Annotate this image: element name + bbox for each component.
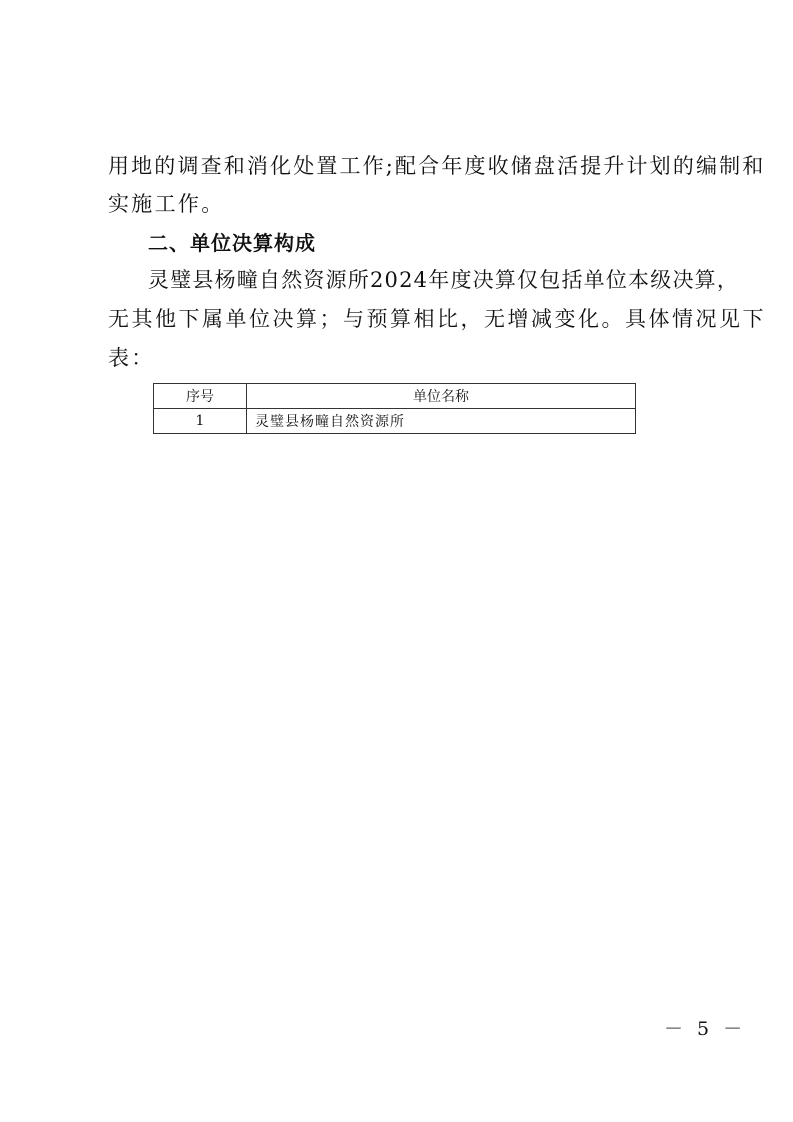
table-cell-seq: 1 [154, 409, 247, 434]
table-row: 1 灵璧县杨疃自然资源所 [154, 409, 636, 434]
unit-composition-table: 序号 单位名称 1 灵璧县杨疃自然资源所 [153, 383, 636, 434]
table-header-seq: 序号 [154, 384, 247, 409]
table-header-unit-name: 单位名称 [247, 384, 636, 409]
body-text-line: 灵璧县杨疃自然资源所2024年度决算仅包括单位本级决算， [148, 266, 739, 294]
body-text-line: 表： [108, 344, 155, 372]
page-number: － 5 － [664, 1017, 746, 1041]
table-cell-unit-name: 灵璧县杨疃自然资源所 [247, 409, 636, 434]
body-text-line: 用地的调查和消化处置工作;配合年度收储盘活提升计划的编制和 [108, 152, 765, 180]
section-heading: 二、单位决算构成 [148, 229, 316, 257]
table-header-row: 序号 单位名称 [154, 384, 636, 409]
body-text-line: 无其他下属单位决算；与预算相比，无增减变化。具体情况见下 [108, 305, 766, 333]
document-page: 用地的调查和消化处置工作;配合年度收储盘活提升计划的编制和 实施工作。 二、单位… [0, 0, 793, 1122]
body-text-line: 实施工作。 [108, 190, 225, 218]
